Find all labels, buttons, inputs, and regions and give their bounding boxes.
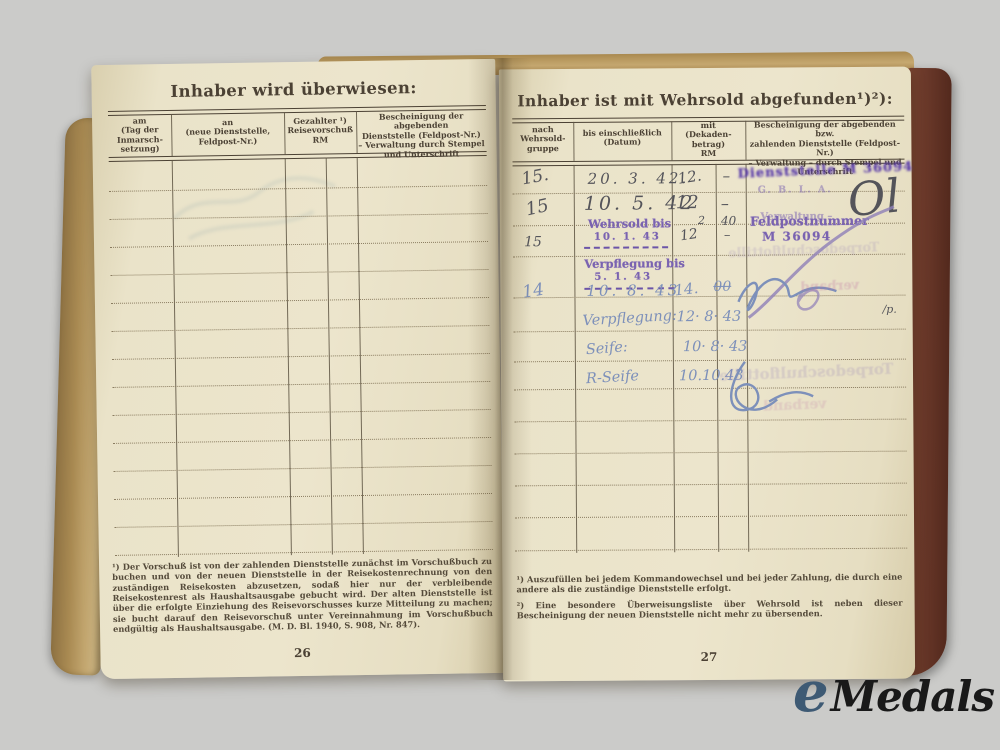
entry-pf-top: 40: [721, 214, 736, 228]
verpflegung-bis-stamp: Verpflegung bis: [584, 256, 685, 271]
table-row-line: [111, 325, 489, 332]
left-page: Inhaber wird überwiesen: am(Tag derInmar…: [91, 59, 505, 679]
table-row-line: [110, 241, 488, 248]
table-row-line: [515, 483, 907, 487]
entry-rm: 12: [679, 226, 699, 244]
wehrsold-bis-stamp: Wehrsold bis: [588, 216, 671, 231]
bleed-stamp-verband: verband: [800, 278, 859, 295]
table-row-line: [110, 213, 488, 220]
entry-date: 10. 8. 43: [586, 281, 680, 300]
signature-blue-flourish: [711, 355, 822, 434]
table-row-line: [513, 191, 905, 195]
watermark-e: e: [793, 664, 829, 720]
entry-wehrsoldgruppe: 15: [524, 234, 542, 250]
table-row-line: [109, 185, 487, 192]
right-footnote-1: ¹) Auszufüllen bei jedem Kommandowechsel…: [516, 572, 902, 595]
watermark-emedals: e Medals: [793, 664, 994, 720]
right-page-number: 27: [503, 649, 915, 666]
left-footnote: ¹) Der Vorschuß ist von der zahlenden Di…: [112, 556, 493, 634]
right-page: Inhaber ist mit Wehrsold abgefunden¹)²):…: [499, 67, 915, 682]
table-row-line: [113, 437, 491, 444]
unit-stamp-line: G. B. L. A.: [758, 184, 833, 196]
table-row-line: [514, 419, 906, 423]
table-row-line: [515, 451, 907, 455]
entry-wehrsoldgruppe: 14: [521, 280, 545, 303]
entry-rm: 14.: [673, 279, 699, 300]
entry-rm-top: 2: [698, 214, 705, 227]
table-row-line: [515, 515, 907, 519]
entry-pf: 00: [713, 279, 731, 295]
entry-rm: 12: [676, 192, 699, 213]
right-footnote-2: ²) Eine besondere Überweisungsliste über…: [517, 598, 903, 621]
entry-date: 20. 3. 42.: [588, 169, 690, 188]
entry-value: 12· 8· 43: [677, 309, 742, 325]
initials-note: /p.: [883, 303, 897, 316]
table-row-line: [515, 548, 907, 552]
table-row-line: [115, 549, 493, 556]
entry-pf: –: [724, 228, 731, 243]
wehrsold-bis-date: 10. 1. 43: [594, 231, 661, 242]
entry-label: R-Seife: [586, 368, 640, 387]
table-row-line: [111, 297, 489, 304]
entry-value: 10· 8· 43: [683, 339, 748, 355]
photo-background: Inhaber wird überwiesen: am(Tag derInmar…: [0, 0, 1000, 750]
table-row-line: [112, 381, 490, 388]
entry-label: Seife:: [585, 339, 628, 358]
table-row-line: [113, 409, 491, 416]
table-row-line: [110, 269, 488, 276]
table-row-line: [112, 353, 490, 360]
table-row-line: [114, 465, 492, 472]
table-row-line: [514, 329, 906, 333]
entry-rm: 12.: [676, 166, 702, 187]
table-row-line: [114, 521, 492, 528]
entry-pf: –: [721, 194, 729, 213]
table-row-line: [114, 493, 492, 500]
entry-pf: –: [723, 167, 731, 185]
watermark-text: Medals: [831, 676, 994, 718]
